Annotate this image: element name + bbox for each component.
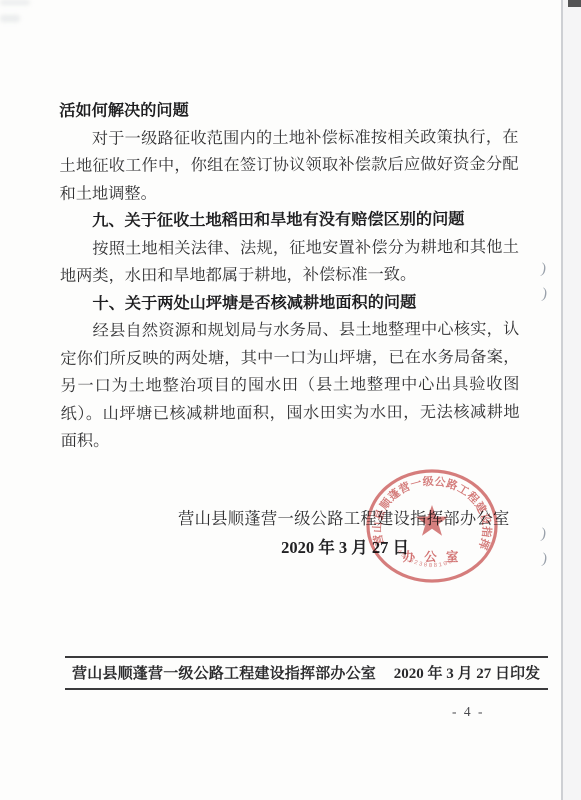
- footer-issuer: 营山县顺蓬营一级公路工程建设指挥部办公室: [72, 662, 376, 683]
- footer-divider-bottom: [65, 688, 548, 690]
- scan-pen-mark: ): [541, 552, 548, 568]
- scan-edge-line: [561, 0, 563, 800]
- document-paragraph-9: 按照土地相关法律、法规，征地安置补偿分为耕地和其他土地两类，水田和旱地都属于耕地…: [60, 233, 519, 290]
- footer-divider-top: [65, 656, 548, 658]
- scan-smudge: [0, 0, 30, 5]
- page-number: - 4 -: [452, 704, 485, 720]
- document-heading-partial: 活如何解决的问题: [59, 96, 518, 126]
- document-heading-9: 九、关于征收土地稻田和旱地有没有赔偿区别的问题: [60, 206, 519, 236]
- scan-pen-mark: ): [541, 287, 548, 303]
- scanned-document-page: ) ) ) ) 活如何解决的问题 对于一级路征收范围内的土地补偿标准按相关政策执…: [0, 0, 581, 800]
- document-paragraph-8: 对于一级路征收范围内的土地补偿标准按相关政策执行，在土地征收工作中，你组在签订协…: [59, 124, 518, 209]
- document-body: 活如何解决的问题 对于一级路征收范围内的土地补偿标准按相关政策执行，在土地征收工…: [59, 96, 520, 455]
- document-paragraph-10: 经县自然资源和规划局与水务局、县土地整理中心核实，认定你们所反映的两处塘，其中一…: [60, 316, 520, 456]
- footer-print-date: 2020 年 3 月 27 日印发: [394, 662, 540, 683]
- scan-pen-mark: ): [540, 527, 547, 543]
- scan-edge-band: [563, 0, 581, 800]
- scan-smudge: [0, 15, 20, 22]
- scan-pen-mark: ): [540, 262, 547, 278]
- signature-organization: 营山县顺蓬营一级公路工程建设指挥部办公室: [178, 505, 510, 529]
- document-heading-10: 十、关于两处山坪塘是否核减耕地面积的问题: [60, 288, 519, 318]
- signature-date: 2020 年 3 月 27 日: [272, 534, 418, 558]
